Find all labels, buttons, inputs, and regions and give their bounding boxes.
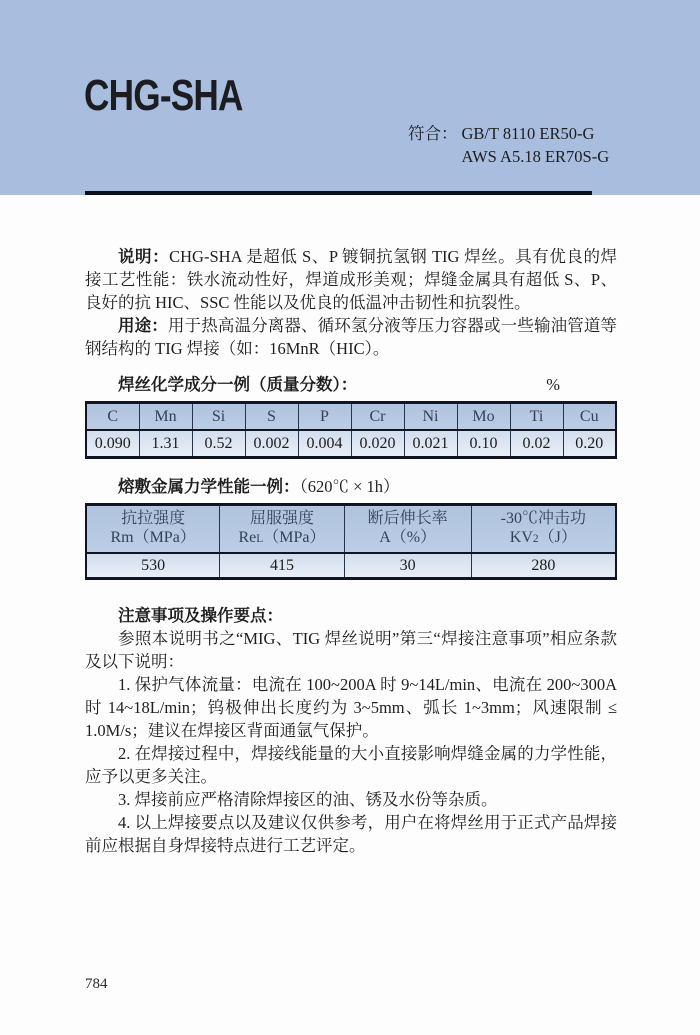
content-column: 说明：CHG-SHA 是超低 S、P 镀铜抗氢钢 TIG 焊丝。具有优良的焊接工… [85,245,617,857]
description-paragraph: 说明：CHG-SHA 是超低 S、P 镀铜抗氢钢 TIG 焊丝。具有优良的焊接工… [85,245,617,314]
chem-table-unit: % [513,374,560,395]
chem-value-cell: 0.004 [298,430,351,458]
mech-header-line2: Rm（MPa） [87,528,219,549]
description-label: 说明： [118,247,169,266]
chem-table-title-row: 焊丝化学成分一例（质量分数）： % [85,374,617,395]
chem-header-cell: Mn [139,403,192,431]
chem-table: C Mn Si S P Cr Ni Mo Ti Cu 0.090 1.31 0.… [85,401,617,459]
chem-header-cell: Ti [510,403,563,431]
standards-label: 符合： [408,122,458,168]
mech-header-cell: 屈服强度 ReL（MPa） [220,505,344,554]
header-rule [85,191,592,195]
chem-value-cell: 1.31 [139,430,192,458]
notes-heading: 注意事项及操作要点： [85,604,617,627]
chem-value-cell: 0.02 [510,430,563,458]
header-band: CHG-SHA 符合： GB/T 8110 ER50-G AWS A5.18 E… [0,0,700,195]
mech-value-cell: 280 [471,553,616,579]
standard-line-gbt: GB/T 8110 ER50-G [462,122,610,145]
chem-header-row: C Mn Si S P Cr Ni Mo Ti Cu [86,403,616,431]
chem-header-cell: Cr [351,403,404,431]
mech-table: 抗拉强度 Rm（MPa） 屈服强度 ReL（MPa） 断后伸长率 A（%） -3… [85,503,617,580]
mech-header-row: 抗拉强度 Rm（MPa） 屈服强度 ReL（MPa） 断后伸长率 A（%） -3… [86,505,616,554]
page-number: 784 [85,976,108,993]
chem-header-cell: Mo [457,403,510,431]
chem-value-cell: 0.10 [457,430,510,458]
mech-header-line1: 屈服强度 [220,509,343,528]
notes-intro: 参照本说明书之“MIG、TIG 焊丝说明”第三“焊接注意事项”相应条款及以下说明… [85,627,617,673]
datasheet-page: CHG-SHA 符合： GB/T 8110 ER50-G AWS A5.18 E… [0,0,700,1035]
note-item: 2. 在焊接过程中，焊接线能量的大小直接影响焊缝金属的力学性能，应予以更多关注。 [85,742,617,788]
chem-value-cell: 0.020 [351,430,404,458]
mech-table-title-row: 熔敷金属力学性能一例：（620℃ × 1h） [85,476,617,497]
mech-value-cell: 415 [220,553,344,579]
mech-value-cell: 30 [344,553,471,579]
chem-header-cell: Si [192,403,245,431]
mech-table-title: 熔敷金属力学性能一例： [118,477,300,496]
chem-header-cell: C [86,403,139,431]
mech-header-cell: -30℃冲击功 KV2（J） [471,505,616,554]
mech-header-line2: A（%） [345,528,471,549]
standard-line-aws: AWS A5.18 ER70S-G [462,145,610,168]
mech-header-line2: KV2（J） [472,528,615,549]
note-item: 4. 以上焊接要点以及建议仅供参考，用户在将焊丝用于正式产品焊接前应根据自身焊接… [85,811,617,857]
chem-value-cell: 0.021 [404,430,457,458]
note-item: 1. 保护气体流量：电流在 100~200A 时 9~14L/min、电流在 2… [85,673,617,742]
mech-value-row: 530 415 30 280 [86,553,616,579]
mech-header-line1: -30℃冲击功 [472,509,615,528]
mech-header-line1: 抗拉强度 [87,509,219,528]
note-item: 3. 焊接前应严格清除焊接区的油、锈及水份等杂质。 [85,788,617,811]
usage-label: 用途： [118,316,168,335]
mech-header-line1: 断后伸长率 [345,509,471,528]
chem-table-title: 焊丝化学成分一例（质量分数）： [118,375,357,394]
mech-header-cell: 断后伸长率 A（%） [344,505,471,554]
chem-value-cell: 0.20 [563,430,616,458]
mech-table-condition: （620℃ × 1h） [300,477,400,496]
chem-header-cell: P [298,403,351,431]
chem-value-cell: 0.090 [86,430,139,458]
chem-header-cell: S [245,403,298,431]
chem-header-cell: Cu [563,403,616,431]
standards-block: 符合： GB/T 8110 ER50-G AWS A5.18 ER70S-G [408,122,609,168]
mech-value-cell: 530 [86,553,220,579]
chem-value-row: 0.090 1.31 0.52 0.002 0.004 0.020 0.021 … [86,430,616,458]
chem-value-cell: 0.002 [245,430,298,458]
chem-value-cell: 0.52 [192,430,245,458]
mech-header-cell: 抗拉强度 Rm（MPa） [86,505,220,554]
mech-header-line2: ReL（MPa） [220,528,343,549]
product-title: CHG-SHA [84,74,243,118]
chem-header-cell: Ni [404,403,457,431]
standards-codes: GB/T 8110 ER50-G AWS A5.18 ER70S-G [462,122,610,168]
usage-paragraph: 用途：用于热高温分离器、循环氢分液等压力容器或一些输油管道等钢结构的 TIG 焊… [85,314,617,360]
